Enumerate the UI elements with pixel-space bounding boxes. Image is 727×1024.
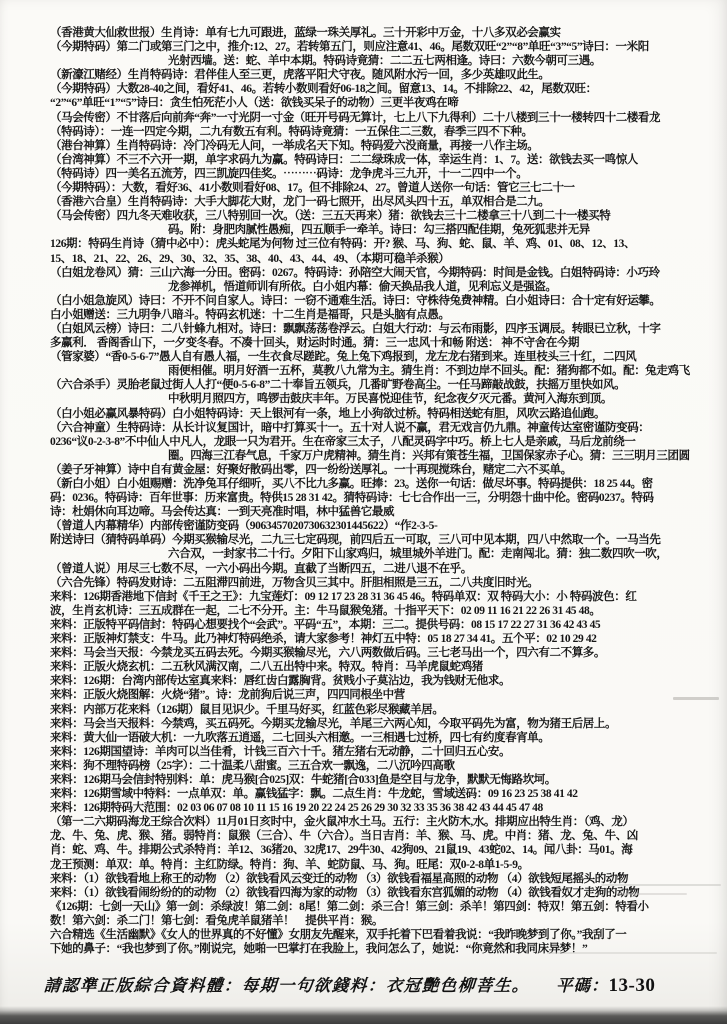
text-line: （特码诗）：一连一四定今期，二九有数五有利。特码诗竟猜：一五保住二三数，春季三四… xyxy=(50,125,711,139)
text-line: （今期特码）大数28-40之间，看好41、46。若转小数则看好06-18之间。留… xyxy=(50,82,711,96)
text-line: 来料：内部万花来料（126期）鼠目见识少。千里马好买，红蓝色彩尽猴藏羊居。 xyxy=(50,703,711,717)
text-line: 光射西墙。送：蛇、羊中本期。特码诗竟猜：二二五七两相逢。诗曰：六数今朝可三遇。 xyxy=(50,54,711,68)
text-line: 《126期：七剑一天山》第一剑：杀绿波！第二剑：8尾！第二剑：杀三合！第三剑：杀… xyxy=(50,900,711,914)
text-line: （白姐风云榜）诗曰：二八针蜂九相对。诗曰：飘飘荡荡卷浮云。白姐大行动：与云布雨影… xyxy=(50,322,711,336)
text-line: 附送诗曰（猜特码单码）今期买猴输尽光，二九三七定码现，前四后五一可取，三八可中见… xyxy=(50,533,711,547)
text-line: 来料：126期：台湾内部传达室真来料：唇红齿白露胸背。贫贱小子莫沾边，我为钱财无… xyxy=(50,674,711,688)
text-line: 波，生肖玄机诗：三五成群在一起，二七不分开。主：牛马鼠猴兔猪。十指平天下：02 … xyxy=(50,604,711,618)
scan-artifact xyxy=(601,884,721,886)
text-line: 来料：（1）欲钱看闹纷纷的的动物 （2）欲钱看四海为家的动物 （3）欲钱看东宫狐… xyxy=(50,886,711,900)
text-line: （香港黄大仙救世报）生肖诗：单有七九可跟进，蓝绿一珠关厚礼。三十开彩中万金，十八… xyxy=(50,26,711,40)
text-line: （香港六合皇）生肖特码诗：大手大脚花大财，龙门一码七照开，出尽风头四十五，单双相… xyxy=(50,195,711,209)
text-line: （六合杀手）灵胎老鼠过街人人打“便0-5-6-8”二十奉旨五领兵，几番旷野卷高尘… xyxy=(50,378,711,392)
text-line: （六合先锋）特码发财诗：二五阻滞四前进，万物含贝三其中。肝胆相照是三五，二八共度… xyxy=(50,576,711,590)
text-line: （六合神童）生特码诗：从长计议复国计，暗中打算买十一。五十对人说不赢，君无戏言仍… xyxy=(50,421,711,435)
text-line: 六合双，一封家书二十行。夕阳下山家鸡归，城里城外羊进门。配：走南闯北。猜：独二数… xyxy=(50,547,711,561)
text-line: （马会传密）四九冬天难收获，三八特别回一次。（送：三五天再来）猪：欲钱去三十二楼… xyxy=(50,209,711,223)
text-line: “2”“6”单旺“1”“5”诗曰：贪生怕死茫小人（送：欲钱买呆子的动物）三更半夜… xyxy=(50,96,711,110)
text-line: 来料：126期马会信封特别料：单：虎马猴[合025]双：牛蛇猪[合033]鱼是空… xyxy=(50,773,711,787)
text-line: 中秋明月照四方，鸣锣击鼓庆丰年。万民喜悦迎佳节，纪念夜夕灭元番。黄河入海东到顶。 xyxy=(50,392,711,406)
text-line: 来料：正版火烧玄机：二五秋风满汉南，二八五出特中来。特双。特肖：马羊虎鼠蛇鸡猪 xyxy=(50,660,711,674)
text-line: （特码诗）四一美名五流芳，四三凯旋四佳奖。⋯⋯⋯码诗：龙争虎斗三九开，十一二四中… xyxy=(50,167,711,181)
text-line: （台湾神算）不三不六开一期，单字求码九为赢。特码诗曰：二二绿珠成一体，幸运生肖：… xyxy=(50,153,711,167)
text-line: 多赢利． 香阁香山下，一夕变冬春。不凑十回头，财运时时通。猜：三一忠风十和畅 附… xyxy=(50,336,711,350)
text-line: （曾道人说）用尽三七数不尽，一六小码出今期。直截了当断四五，二进八退不在乎。 xyxy=(50,562,711,576)
text-line: 0236“议0-2-3-8”不中仙人中凡人，龙眼一只为君开。生在帝家三太子，八配… xyxy=(50,435,711,449)
text-line: （港台神算）生肖特码诗：冷门冷码无人问，一举成名天下知。特码爱六没商量，再接一八… xyxy=(50,139,711,153)
text-line: 龙参禅机，悟道师训有所依。白小姐内幕：偷天换品我人道，见利忘义是强盗。 xyxy=(50,280,711,294)
text-line: 码。附：身肥肉腻性愚痴，四五顺手一牵羊。诗曰：勾三搭四配佳期，兔死狐悲并无异 xyxy=(50,223,711,237)
text-line: 肖：蛇、鸡、牛。排期公式杀特肖：羊12、36猪20、32虎17、29牛30、42… xyxy=(50,843,711,857)
text-line: 来料：正版神灯禁支：牛马。此乃神灯特码绝杀，请大家参考！神灯五中特：05 18 … xyxy=(50,632,711,646)
scanned-document-page: （香港黄大仙救世报）生肖诗：单有七九可跟进，蓝绿一珠关厚礼。三十开彩中万金，十八… xyxy=(0,0,727,1024)
text-line: （管家婆）“香0-5-6-7”愚人自有愚人福，一生衣食尽蹉跎。兔上兔下鸡报到，龙… xyxy=(50,350,711,364)
footer-code-label: 平碼： xyxy=(556,972,609,996)
text-line: （今期特码）：大数，看好36、41小数则看好08、17。但不排除24、27。曾道… xyxy=(50,181,711,195)
document-body: （香港黄大仙救世报）生肖诗：单有七九可跟进，蓝绿一珠关厚礼。三十开彩中万金，十八… xyxy=(50,26,711,956)
text-line: 来料：正版火烧图解：火烧“猪”。诗：龙前狗后说三声，四四同根坐中营 xyxy=(50,688,711,702)
text-line: （姜子牙神算）诗中自有黄金屋：好聚好散码出零，四一纷纷送厚礼。一十再现搅珠台，赌… xyxy=(50,463,711,477)
text-line: 来料：正版特平码信封：特码心想要找个“会武”。平码“五”，本期：三二。提供号码：… xyxy=(50,618,711,632)
scan-artifact xyxy=(617,893,687,895)
text-line: 来料：126期特码大范围：02 03 06 07 08 10 11 15 16 … xyxy=(50,801,711,815)
text-line: （白小姐必赢风暴特码）白小姐特码诗：天上银河有一条，地上小狗欲过桥。特码相送蛇有… xyxy=(50,407,711,421)
document-footer: 請認準正版綜合資料體：每期一句欲錢料：衣冠艷色柳菩生。平碼：13-30 xyxy=(44,972,717,997)
text-line: （第一二六期码海龙王综合次料）11月01日亥时中，金火鼠冲水土马。五行：主火防木… xyxy=(50,815,711,829)
text-line: 15、18、21、22、26、29、30、32、35、38、40、43、44、4… xyxy=(50,252,711,266)
text-line: （白小姐急旋风）诗曰：不开不问自家人。诗曰：一窃不通难生活。诗曰：守株待兔费神精… xyxy=(50,294,711,308)
text-line: 来料：狗不理特码榜（25字）：二十温柔八甜蜜。三五合欢一飘逸，二八沉吟四高歌 xyxy=(50,759,711,773)
text-line: 来料：黄大仙一语破大机：一九吹落五逍遥，二七回头六相邀。一三相遇七过桥，四七有约… xyxy=(50,731,711,745)
footer-code-value: 13-30 xyxy=(609,975,656,997)
text-line: 来料：马会当天报：今禁龙买五码去死。今期买猴输尽光，六八两数做后码。三七老马出一… xyxy=(50,646,711,660)
text-line: 诗：杜娟休向耳边啼。马会传达真：一到天亮准时唱，林中猛兽它最威 xyxy=(50,505,711,519)
text-line: 龙王预测：单双：单。特肖：主红防绿。特肖：狗、羊、蛇防鼠、马、狗。旺尾：双0-2… xyxy=(50,858,711,872)
text-line: 圈。四海三江春气息，千家万户虎精神。猜生肖：兴邦有策苍生福，卫国保家赤子心。猜：… xyxy=(50,449,711,463)
text-line: 六合精选《生活幽默》《女人的世界真的不好懂》女朋友先醒来，双手托着下巴看着我说：… xyxy=(50,928,711,942)
text-line: 来料：马会当天报料：今禁鸡，买五码死。今期买龙输尽光，羊尾三六两心知，今取平码先… xyxy=(50,717,711,731)
text-line: （新濠江赌经）生肖特码诗：君伴佳人至三更，虎落平阳犬守夜。随风附水污一回，多少英… xyxy=(50,68,711,82)
text-line: （曾道人内幕精华）内部传密谨防变码（9063457020730632301445… xyxy=(50,519,711,533)
text-line: （白姐龙卷风）猜：三山六海一分田。密码：0267。特码诗：孙陪空大闹天官，今期特… xyxy=(50,266,711,280)
scan-bottom-shadow xyxy=(0,1006,727,1024)
text-line: 来料：126期国望诗：羊肉可以当佳肴，计钱三百六十千。猪左猪右无动静，二十回归五… xyxy=(50,745,711,759)
footer-slogan: 請認準正版綜合資料體：每期一句欲錢料：衣冠艷色柳菩生。 xyxy=(43,972,531,996)
text-line: 来料：126期雪域中特料：一点单双：单。赢钱猛字：飘。二点生肖：牛龙蛇，雪域送码… xyxy=(50,787,711,801)
text-line: 数！第六剑：杀二门！第七剑：看兔虎羊鼠猪羊！ 提供平肖：猴。 xyxy=(50,914,711,928)
text-line: 龙、牛、兔、虎、猴、猪。弱特肖：鼠猴（三合）、牛（六合）。当日吉肖：羊、猴、马、… xyxy=(50,829,711,843)
text-line: （新白小姐）白小姐赐赠：洗净兔耳仔细听，买八不比九多赢。旺捧：23。送你一句话：… xyxy=(50,477,711,491)
text-line: （马会传密）不甘落后向前奔“奔”一寸光阴一寸金（旺开号码无算计，七上八下九得利）… xyxy=(50,111,711,125)
text-line: 雨便相催。明月好酒一五杯，莫教八九常为主。猜生肖：不到边岸不回头。配：猪狗都不如… xyxy=(50,364,711,378)
scan-artifact xyxy=(673,697,719,700)
text-line: 码：0236。特码诗：百年世事：历来富贵。特供15 28 31 42。猜特码诗：… xyxy=(50,491,711,505)
text-line: 来料：126期香港地下信封《千王之王》：九宝莲灯：09 12 17 23 28 … xyxy=(50,590,711,604)
text-line: （今期特码）第二门或第三门之中，推介:12、27。若转第五门，则应注意41、46… xyxy=(50,40,711,54)
text-line: 126期：特码生肖诗（猜中必中）：虎头蛇尾为何物 过三位有特码：开? 猴、马、狗… xyxy=(50,237,711,251)
text-line: 白小姐赠送：三九明争八暗斗。特码玄机迷：十二生肖是福哥，只是头脑有点愚。 xyxy=(50,308,711,322)
text-line: 下她的鼻子：“我也梦到了你。”刚说完，她啪一巴掌打在我脸上，我问怎么了，她说：“… xyxy=(50,942,711,956)
scan-artifact xyxy=(547,952,717,954)
